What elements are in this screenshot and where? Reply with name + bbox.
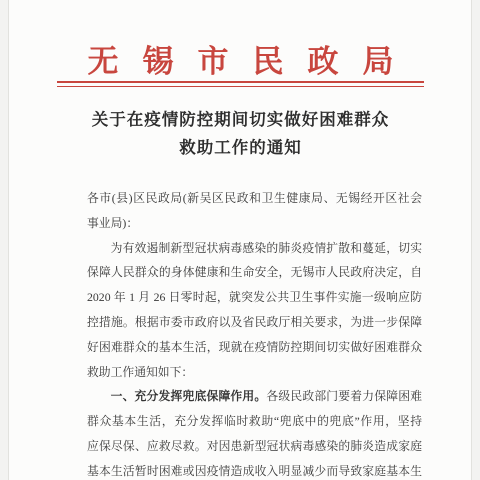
document-page: 无锡市民政局 关于在疫情防控期间切实做好困难群众 救助工作的通知 各市(县)区民… (8, 0, 472, 480)
section-1-heading-line: 一、充分发挥兜底保障作用。各级民政部门要着力保障困难 (87, 384, 422, 409)
scanned-document: 无锡市民政局 关于在疫情防控期间切实做好困难群众 救助工作的通知 各市(县)区民… (0, 0, 480, 480)
document-title: 关于在疫情防控期间切实做好困难群众 救助工作的通知 (57, 106, 424, 162)
document-title-line-1: 关于在疫情防控期间切实做好困难群众 (57, 106, 424, 134)
section-1-heading: 一、充分发挥兜底保障作用。 (111, 389, 267, 403)
document-body: 各市(县)区民政局(新吴区民政和卫生健康局、无锡经开区社会 事业局)： 为有效遏… (87, 186, 422, 480)
recipients-line: 各市(县)区民政局(新吴区民政和卫生健康局、无锡经开区社会 (87, 186, 422, 211)
body-line: 好困难群众的基本生活，现就在疫情防控期间切实做好困难群众 (87, 335, 422, 360)
body-line: 为有效遏制新型冠状病毒感染的肺炎疫情扩散和蔓延，切实 (87, 236, 422, 261)
agency-name: 无锡市民政局 (57, 36, 424, 81)
recipients-line: 事业局)： (87, 211, 422, 236)
letterhead-divider-rule (57, 81, 424, 87)
body-line: 救助工作通知如下： (87, 360, 422, 385)
body-line: 控措施。根据市委市政府以及省民政厅相关要求，为进一步保障 (87, 310, 422, 335)
document-title-line-2: 救助工作的通知 (57, 134, 424, 162)
body-line: 保障人民群众的身体健康和生命安全，无锡市人民政府决定，自 (87, 260, 422, 285)
body-line: 应保尽保、应救尽救。对因患新型冠状病毒感染的肺炎造成家庭 (87, 434, 422, 459)
section-1-text: 各级民政部门要着力保障困难 (266, 389, 422, 403)
body-line: 群众基本生活，充分发挥临时救助“兜底中的兜底”作用，坚持 (87, 409, 422, 434)
body-line: 基本生活暂时困难或因疫情造成收入明显减少而导致家庭基本生 (87, 459, 422, 480)
body-line: 2020 年 1 月 26 日零时起，就突发公共卫生事件实施一级响应防 (87, 285, 422, 310)
